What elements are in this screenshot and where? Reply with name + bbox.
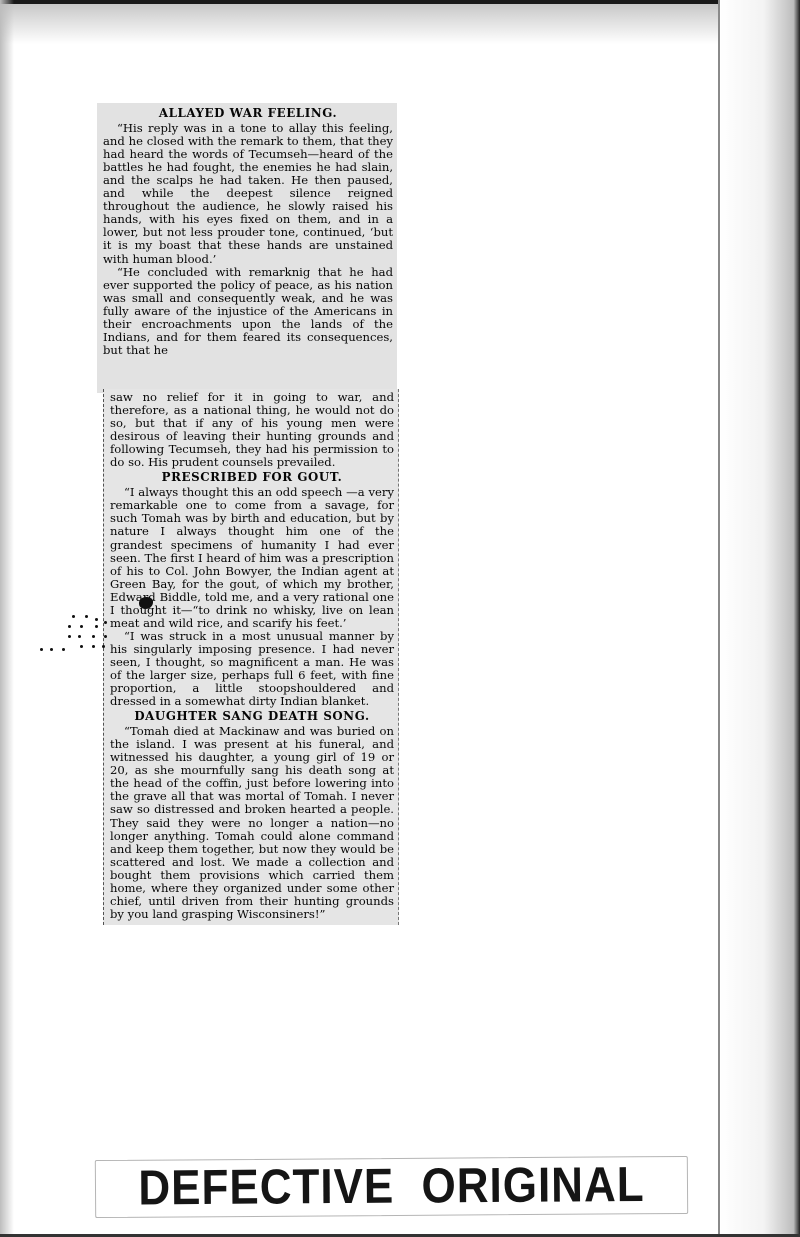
clipping-column-bottom: saw no relief for it in going to war, an… (103, 389, 399, 925)
paragraph-continuation: saw no relief for it in going to war, an… (110, 391, 394, 469)
adjacent-page-strip (720, 0, 800, 1237)
paragraph: “I always thought this an odd speech —a … (110, 486, 394, 630)
scan-top-shadow (0, 4, 720, 44)
paragraph: “His reply was in a tone to allay this f… (103, 122, 393, 266)
section-heading-allayed-war-feeling: ALLAYED WAR FEELING. (103, 107, 393, 120)
section-heading-daughter-sang-death-song: DAUGHTER SANG DEATH SONG. (110, 710, 394, 723)
paragraph: “Tomah died at Mackinaw and was buried o… (110, 725, 394, 921)
defective-original-stamp: DEFECTIVE ORIGINAL (95, 1156, 688, 1218)
clipping-column-top: ALLAYED WAR FEELING. “His reply was in a… (97, 103, 397, 393)
stamp-label: DEFECTIVE ORIGINAL (138, 1157, 645, 1217)
dot-pattern-mark (40, 615, 110, 655)
paragraph: “I was struck in a most unusual manner b… (110, 630, 394, 708)
paragraph: “He concluded with remarknig that he had… (103, 266, 393, 357)
scan-left-shadow (0, 0, 14, 1237)
section-heading-prescribed-for-gout: PRESCRIBED FOR GOUT. (110, 471, 394, 484)
